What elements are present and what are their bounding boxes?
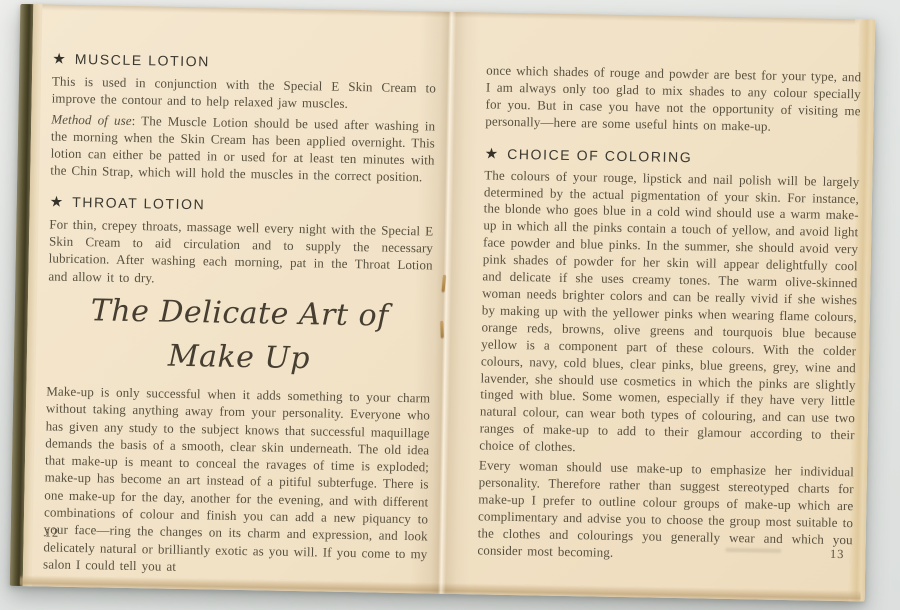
- section-title: CHOICE OF COLORING: [507, 145, 692, 164]
- section-title: MUSCLE LOTION: [75, 51, 210, 69]
- star-icon: ★: [485, 145, 499, 162]
- body-paragraph: This is used in conjunction with the Spe…: [51, 72, 436, 114]
- method-of-use-label: Method of use: [51, 111, 132, 127]
- body-paragraph-method-of-use: Method of use: The Muscle Lotion should …: [50, 110, 435, 186]
- section-heading-throat-lotion: ★THROAT LOTION: [50, 191, 434, 219]
- left-page: ★MUSCLE LOTION This is used in conjuncti…: [43, 49, 436, 566]
- page-number: 13: [830, 547, 845, 562]
- body-paragraph: For thin, crepey throats, massage well e…: [48, 215, 433, 291]
- body-paragraph-continuation: once which shades of rouge and powder ar…: [485, 62, 861, 136]
- body-paragraph: Make-up is only successful when it adds …: [43, 382, 430, 579]
- section-heading-muscle-lotion: ★MUSCLE LOTION: [52, 49, 436, 77]
- section-heading-choice-of-coloring: ★CHOICE OF COLORING: [485, 143, 860, 171]
- body-paragraph: The colours of your rouge, lipstick and …: [479, 167, 859, 461]
- chapter-script-title: The Delicate Art of Make Up: [47, 288, 433, 383]
- right-page: once which shades of rouge and powder ar…: [477, 62, 861, 579]
- stitch-thread: [440, 321, 444, 338]
- section-title: THROAT LOTION: [72, 194, 205, 212]
- book: ★MUSCLE LOTION This is used in conjuncti…: [10, 4, 876, 602]
- star-icon: ★: [52, 51, 66, 68]
- page-number: 12: [45, 525, 60, 540]
- body-paragraph: Every woman should use make-up to emphas…: [477, 457, 854, 565]
- photo-background: ★MUSCLE LOTION This is used in conjuncti…: [0, 0, 900, 610]
- star-icon: ★: [50, 193, 64, 210]
